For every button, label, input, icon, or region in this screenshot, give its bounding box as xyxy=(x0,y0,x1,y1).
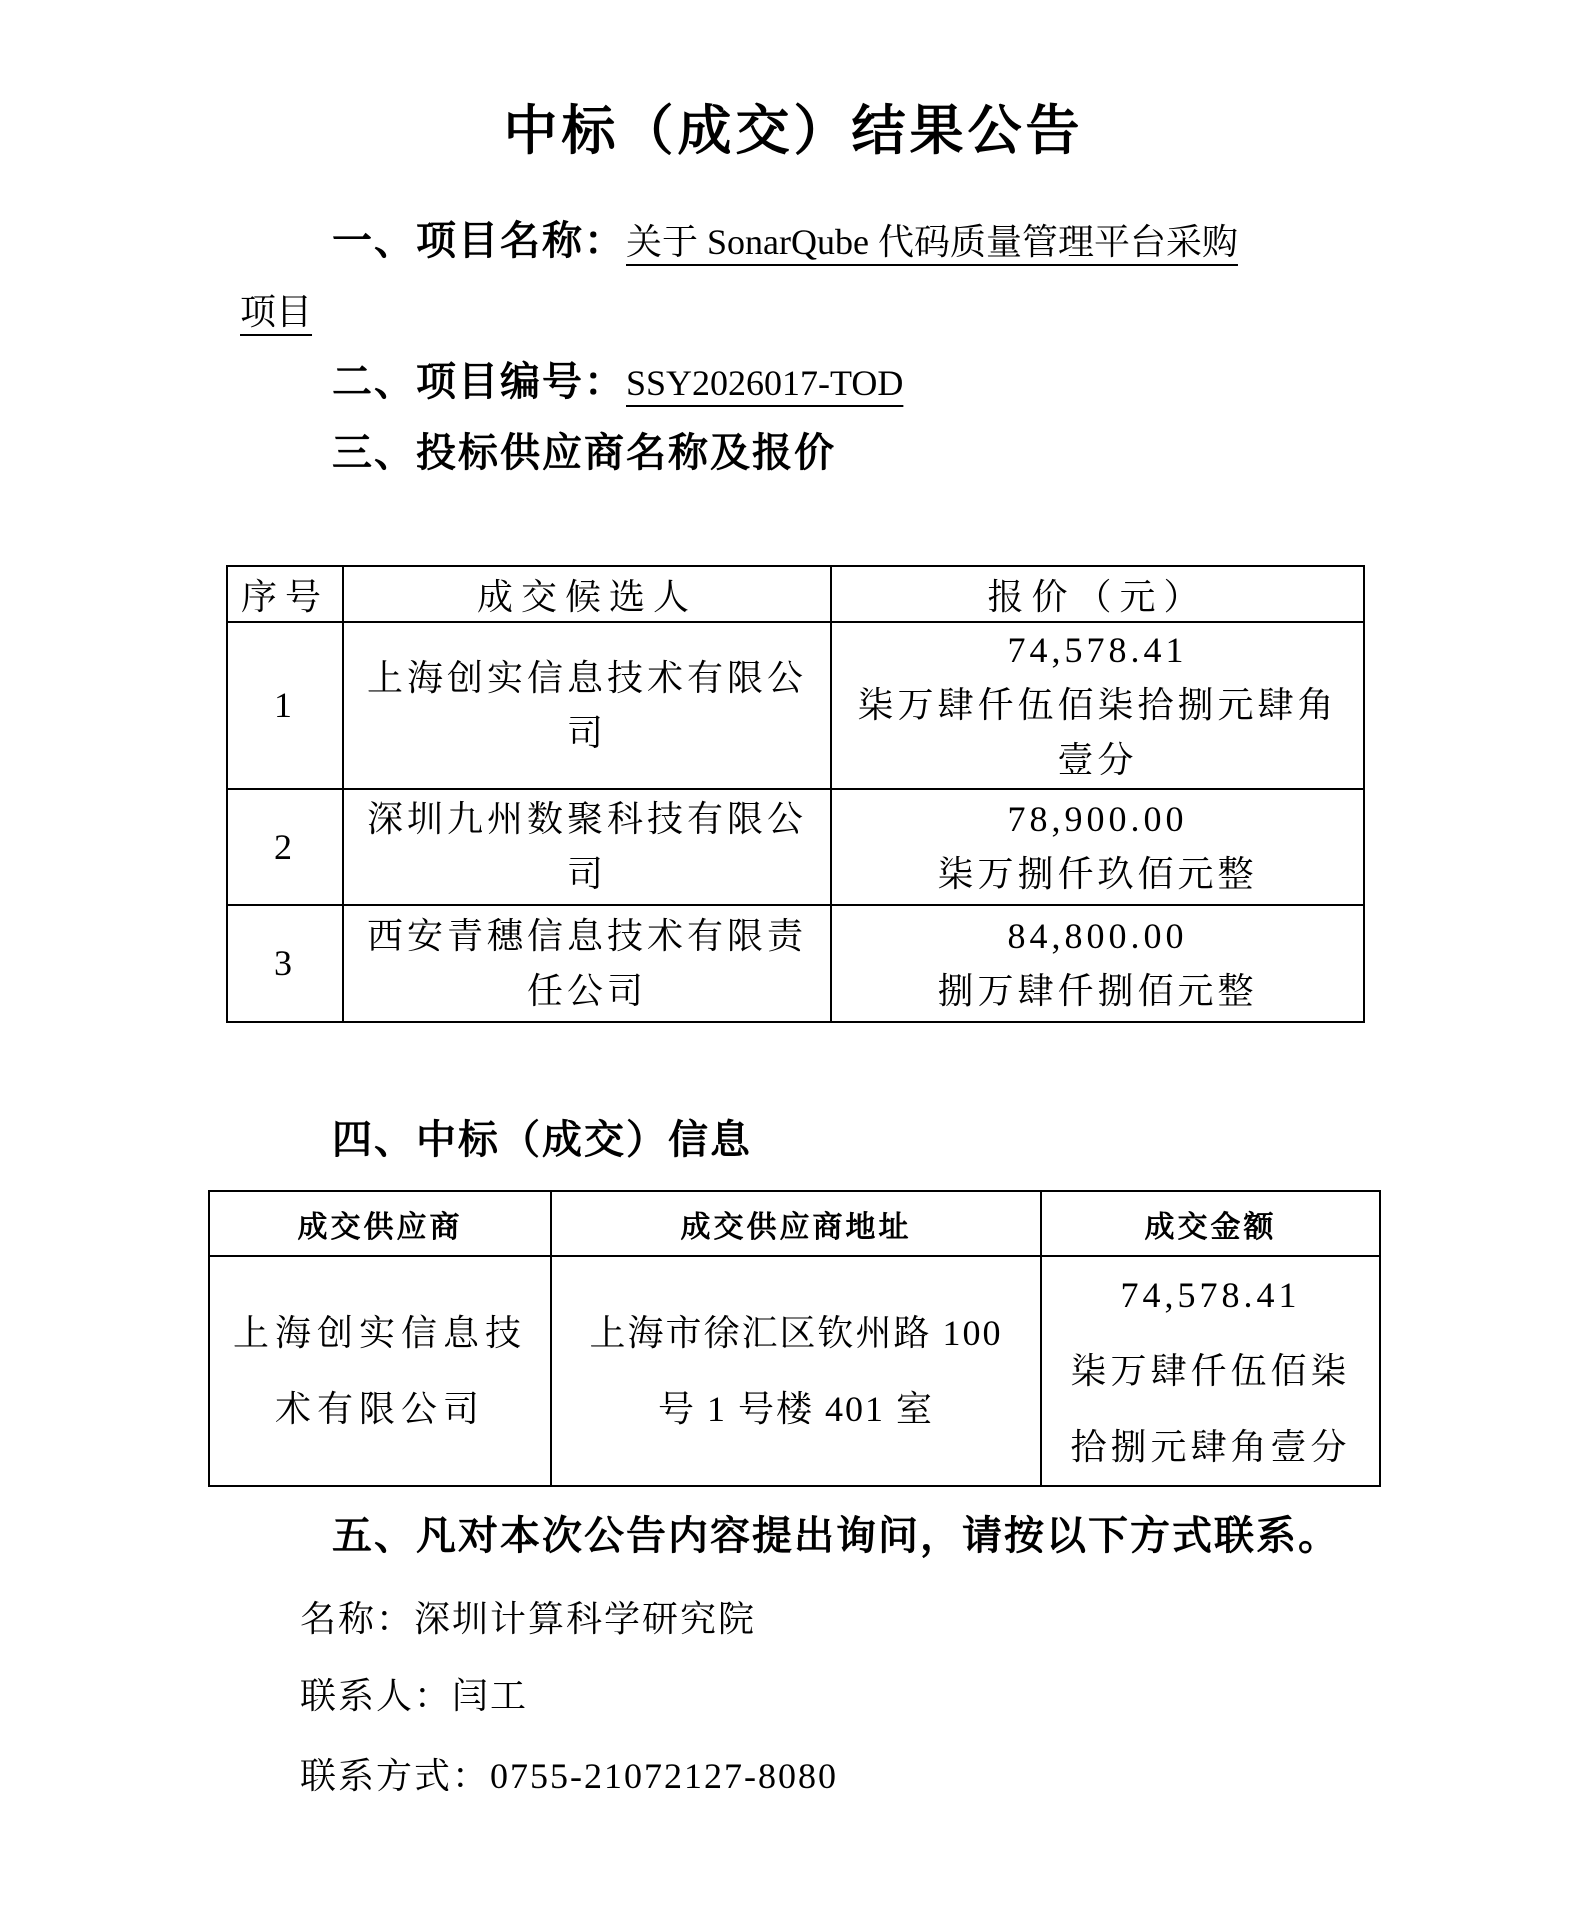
project-number-value: SSY2026017-TOD xyxy=(626,363,903,403)
bid-row3-price: 84,800.00 捌万肆仟捌佰元整 xyxy=(831,905,1364,1022)
contact-org-label: 名称： xyxy=(300,1599,414,1639)
project-name-value-line1: 关于 SonarQube 代码质量管理平台采购 xyxy=(626,222,1238,262)
bid-row3-candidate: 西安青穗信息技术有限责 任公司 xyxy=(343,905,831,1022)
award-amount: 74,578.41 柒万肆仟伍佰柒 拾捌元肆角壹分 xyxy=(1041,1256,1380,1486)
bid-table-header-row: 序号 成交候选人 报价（元） xyxy=(227,566,1364,622)
bid-row2-seq: 2 xyxy=(227,789,343,905)
contact-phone-value: 0755-21072127-8080 xyxy=(490,1756,838,1796)
bid-header-seq: 序号 xyxy=(227,566,343,622)
bid-row2-price: 78,900.00 柒万捌仟玖佰元整 xyxy=(831,789,1364,905)
award-table: 成交供应商 成交供应商地址 成交金额 上海创实信息技 术有限公司 上海市徐汇区钦… xyxy=(208,1190,1381,1487)
contact-org-value: 深圳计算科学研究院 xyxy=(414,1599,756,1639)
bid-row1-candidate: 上海创实信息技术有限公 司 xyxy=(343,622,831,789)
bid-row1-seq: 1 xyxy=(227,622,343,789)
contact-person-label: 联系人： xyxy=(300,1676,452,1716)
section-contact-heading: 五、凡对本次公告内容提出询问，请按以下方式联系。 xyxy=(240,1501,1477,1571)
announcement-page: 中标（成交）结果公告 一、项目名称：关于 SonarQube 代码质量管理平台采… xyxy=(0,0,1587,1921)
project-number-label: 二、项目编号： xyxy=(332,360,626,404)
bid-table: 序号 成交候选人 报价（元） 1 上海创实信息技术有限公 司 74,578.41… xyxy=(226,565,1365,1023)
award-table-header-row: 成交供应商 成交供应商地址 成交金额 xyxy=(209,1191,1380,1256)
section-bidders-heading: 三、投标供应商名称及报价 xyxy=(240,418,1477,488)
bid-row3-seq: 3 xyxy=(227,905,343,1022)
award-table-row: 上海创实信息技 术有限公司 上海市徐汇区钦州路 100 号 1 号楼 401 室… xyxy=(209,1256,1380,1486)
bid-header-price: 报价（元） xyxy=(831,566,1364,622)
section-project-number: 二、项目编号：SSY2026017-TOD xyxy=(240,347,1477,418)
contact-person-value: 闫工 xyxy=(452,1676,528,1716)
bid-header-candidate: 成交候选人 xyxy=(343,566,831,622)
award-address: 上海市徐汇区钦州路 100 号 1 号楼 401 室 xyxy=(551,1256,1041,1486)
award-header-address: 成交供应商地址 xyxy=(551,1191,1041,1256)
project-name-value-line2: 项目 xyxy=(240,292,312,332)
award-header-supplier: 成交供应商 xyxy=(209,1191,551,1256)
award-header-amount: 成交金额 xyxy=(1041,1191,1380,1256)
document-title: 中标（成交）结果公告 xyxy=(0,0,1587,164)
section-award-heading: 四、中标（成交）信息 xyxy=(240,1105,1477,1175)
bid-table-row-2: 2 深圳九州数聚科技有限公 司 78,900.00 柒万捌仟玖佰元整 xyxy=(227,789,1364,905)
section-project-name: 一、项目名称：关于 SonarQube 代码质量管理平台采购项目 xyxy=(240,206,1477,347)
contact-org-line: 名称：深圳计算科学研究院 xyxy=(300,1587,1477,1651)
bid-row2-candidate: 深圳九州数聚科技有限公 司 xyxy=(343,789,831,905)
award-supplier: 上海创实信息技 术有限公司 xyxy=(209,1256,551,1486)
contact-phone-label: 联系方式： xyxy=(300,1756,490,1796)
bid-row1-price: 74,578.41 柒万肆仟伍佰柒拾捌元肆角 壹分 xyxy=(831,622,1364,789)
bid-table-row-3: 3 西安青穗信息技术有限责 任公司 84,800.00 捌万肆仟捌佰元整 xyxy=(227,905,1364,1022)
contact-phone-line: 联系方式：0755-21072127-8080 xyxy=(300,1744,1477,1808)
bid-table-row-1: 1 上海创实信息技术有限公 司 74,578.41 柒万肆仟伍佰柒拾捌元肆角 壹… xyxy=(227,622,1364,789)
contact-person-line: 联系人：闫工 xyxy=(300,1664,1477,1728)
project-name-label: 一、项目名称： xyxy=(332,219,626,263)
